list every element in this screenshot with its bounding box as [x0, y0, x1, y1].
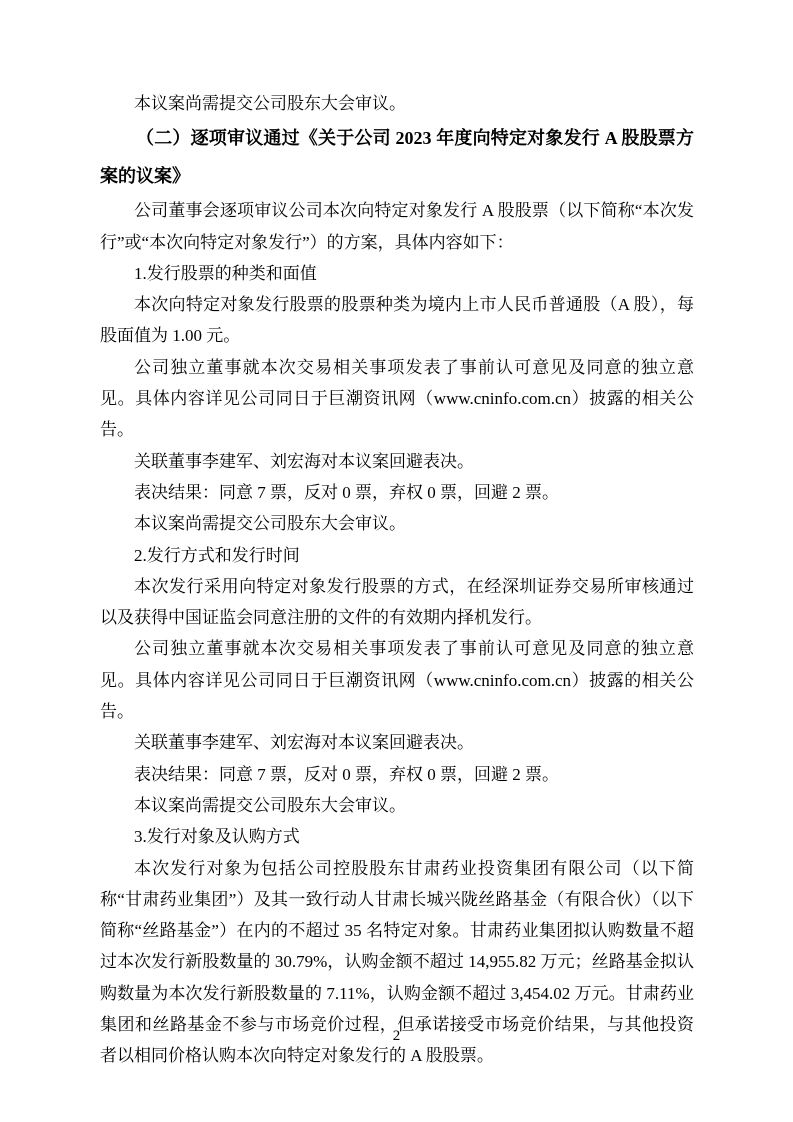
para-subitem-1-content: 本次向特定对象发行股票的股票种类为境内上市人民币普通股（A 股），每股面值为 1…: [100, 289, 694, 352]
para-independent-directors-opinion-2: 公司独立董事就本次交易相关事项发表了事前认可意见及同意的独立意见。具体内容详见公…: [100, 633, 694, 727]
page-number: 2: [0, 1026, 793, 1046]
para-subitem-2-title: 2.发行方式和发行时间: [100, 540, 694, 571]
para-related-directors-abstain-1: 关联董事李建军、刘宏海对本议案回避表决。: [100, 446, 694, 477]
para-subitem-2-content: 本次发行采用向特定对象发行股票的方式，在经深圳证券交易所审核通过以及获得中国证监…: [100, 571, 694, 634]
para-vote-result-1: 表决结果：同意 7 票，反对 0 票，弃权 0 票，回避 2 票。: [100, 477, 694, 508]
para-submit-to-shareholders-meeting-3: 本议案尚需提交公司股东大会审议。: [100, 790, 694, 821]
para-submit-to-shareholders-meeting-1: 本议案尚需提交公司股东大会审议。: [100, 88, 694, 119]
heading-item-2: （二）逐项审议通过《关于公司 2023 年度向特定对象发行 A 股股票方案的议案…: [100, 119, 694, 195]
para-submit-to-shareholders-meeting-2: 本议案尚需提交公司股东大会审议。: [100, 508, 694, 539]
para-subitem-3-title: 3.发行对象及认购方式: [100, 821, 694, 852]
document-page: 本议案尚需提交公司股东大会审议。（二）逐项审议通过《关于公司 2023 年度向特…: [0, 0, 793, 1122]
para-vote-result-2: 表决结果：同意 7 票，反对 0 票，弃权 0 票，回避 2 票。: [100, 759, 694, 790]
para-related-directors-abstain-2: 关联董事李建军、刘宏海对本议案回避表决。: [100, 727, 694, 758]
para-board-itemized-review: 公司董事会逐项审议公司本次向特定对象发行 A 股股票（以下简称“本次发行”或“本…: [100, 195, 694, 258]
para-subitem-1-title: 1.发行股票的种类和面值: [100, 258, 694, 289]
para-independent-directors-opinion-1: 公司独立董事就本次交易相关事项发表了事前认可意见及同意的独立意见。具体内容详见公…: [100, 352, 694, 446]
document-body: 本议案尚需提交公司股东大会审议。（二）逐项审议通过《关于公司 2023 年度向特…: [100, 88, 694, 1072]
